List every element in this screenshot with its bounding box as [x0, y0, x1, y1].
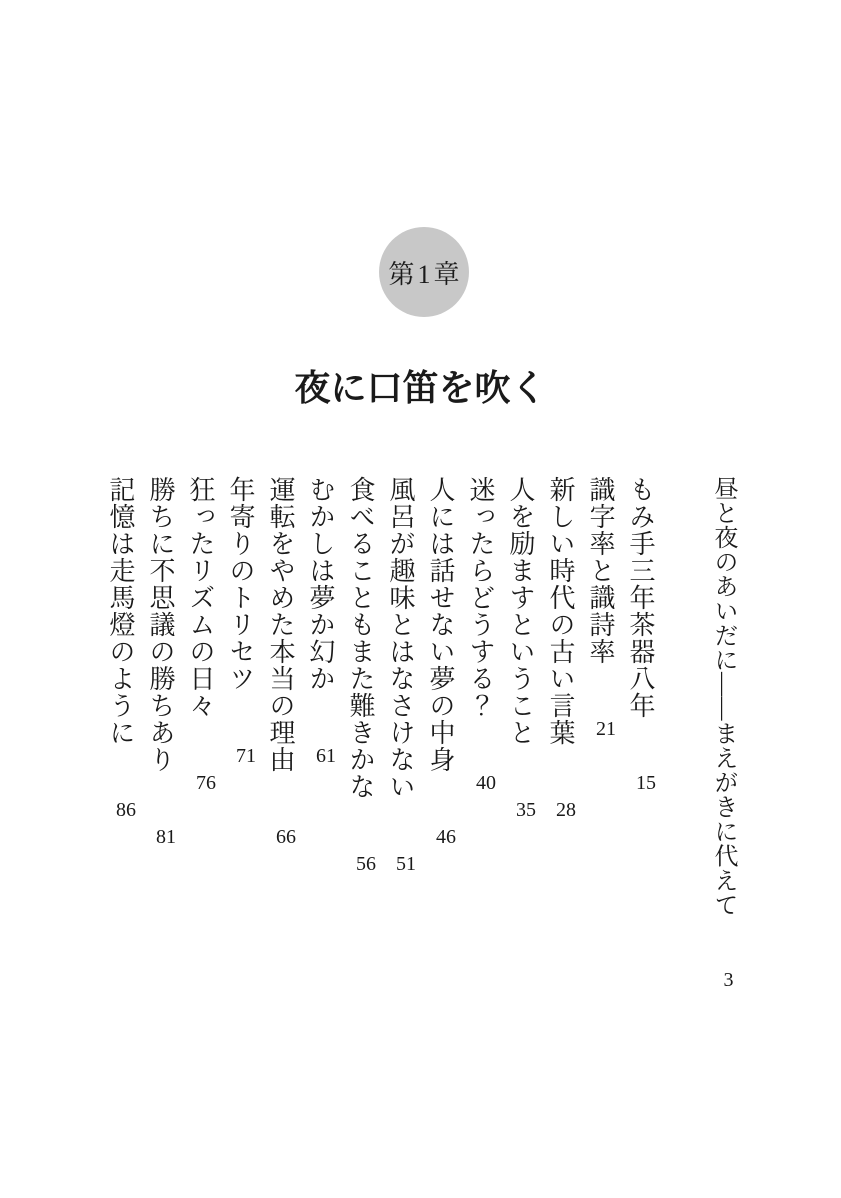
toc-entry-page: 61 — [316, 746, 336, 766]
toc-entry[interactable]: 識字率と識詩率 21 — [580, 476, 620, 1056]
toc-entry-title: 識字率と識詩率 — [586, 476, 615, 665]
chapter-title: 夜に口笛を吹く — [0, 360, 841, 411]
toc-entry-title: 運転をやめた本当の理由 — [266, 476, 295, 773]
toc-entry-page: 15 — [636, 773, 656, 793]
toc-entry-title: 昼と夜のあいだに――まえがきに代えて — [710, 476, 736, 917]
toc-entry[interactable]: 人には話せない夢の中身 46 — [420, 476, 460, 1056]
toc-entry-page: 71 — [236, 746, 256, 766]
toc-entry-page: 40 — [476, 773, 496, 793]
toc-entry-title: 人を励ますということ — [506, 476, 535, 746]
book-toc-page: { "page": { "kind": "book-table-of-conte… — [0, 0, 841, 1198]
toc-entry[interactable]: 食べることもまた難きかな 56 — [340, 476, 380, 1056]
toc-entry[interactable]: 人を励ますということ 35 — [500, 476, 540, 1056]
toc-entry-title: 勝ちに不思議の勝ちあり — [146, 476, 175, 773]
toc-entry[interactable]: むかしは夢か幻か 61 — [300, 476, 340, 1056]
chapter-badge: 第1章 — [379, 227, 469, 317]
toc-entry-title: 食べることもまた難きかな — [346, 476, 375, 800]
toc-entry-page: 76 — [196, 773, 216, 793]
toc-entry-title: 年寄りのトリセツ — [226, 476, 255, 692]
toc-entry[interactable]: 勝ちに不思議の勝ちあり 81 — [140, 476, 180, 1056]
toc-entry-title: もみ手三年茶器八年 — [626, 476, 655, 719]
toc-entry-page: 86 — [116, 800, 136, 820]
toc-entry[interactable]: 狂ったリズムの日々 76 — [180, 476, 220, 1056]
chapter-badge-label: 第1章 — [385, 254, 462, 291]
toc-entry-title: 狂ったリズムの日々 — [186, 476, 215, 719]
toc-entry-preface[interactable]: 昼と夜のあいだに――まえがきに代えて 3 — [703, 476, 743, 1056]
toc-entry-page: 21 — [596, 719, 616, 739]
toc-entry[interactable]: 記憶は走馬燈のように 86 — [100, 476, 140, 1056]
toc-entry-title: 風呂が趣味とはなさけない — [386, 476, 415, 800]
toc-entry[interactable]: 新しい時代の古い言葉 28 — [540, 476, 580, 1056]
toc-entry[interactable]: もみ手三年茶器八年 15 — [620, 476, 660, 1056]
toc-entry[interactable]: 迷ったらどうする？ 40 — [460, 476, 500, 1056]
toc-entry-page: 56 — [356, 854, 376, 874]
toc-entry-page: 28 — [556, 800, 576, 820]
toc-entry[interactable]: 風呂が趣味とはなさけない 51 — [380, 476, 420, 1056]
toc-entry-title: 記憶は走馬燈のように — [106, 476, 135, 746]
toc-entry-title: 新しい時代の古い言葉 — [546, 476, 575, 746]
toc-entry-page: 3 — [724, 970, 734, 990]
toc-entry-page: 81 — [156, 827, 176, 847]
toc-entry-page: 35 — [516, 800, 536, 820]
toc-list: 昼と夜のあいだに――まえがきに代えて 3 もみ手三年茶器八年 15 識字率と識詩… — [100, 476, 743, 1056]
toc-entry[interactable]: 年寄りのトリセツ 71 — [220, 476, 260, 1056]
toc-entry-page: 51 — [396, 854, 416, 874]
toc-entry-title: むかしは夢か幻か — [306, 476, 335, 692]
toc-entry-title: 人には話せない夢の中身 — [426, 476, 455, 773]
toc-entry[interactable]: 運転をやめた本当の理由 66 — [260, 476, 300, 1056]
toc-entry-page: 66 — [276, 827, 296, 847]
toc-entry-page: 46 — [436, 827, 456, 847]
toc-entry-title: 迷ったらどうする？ — [466, 476, 495, 719]
